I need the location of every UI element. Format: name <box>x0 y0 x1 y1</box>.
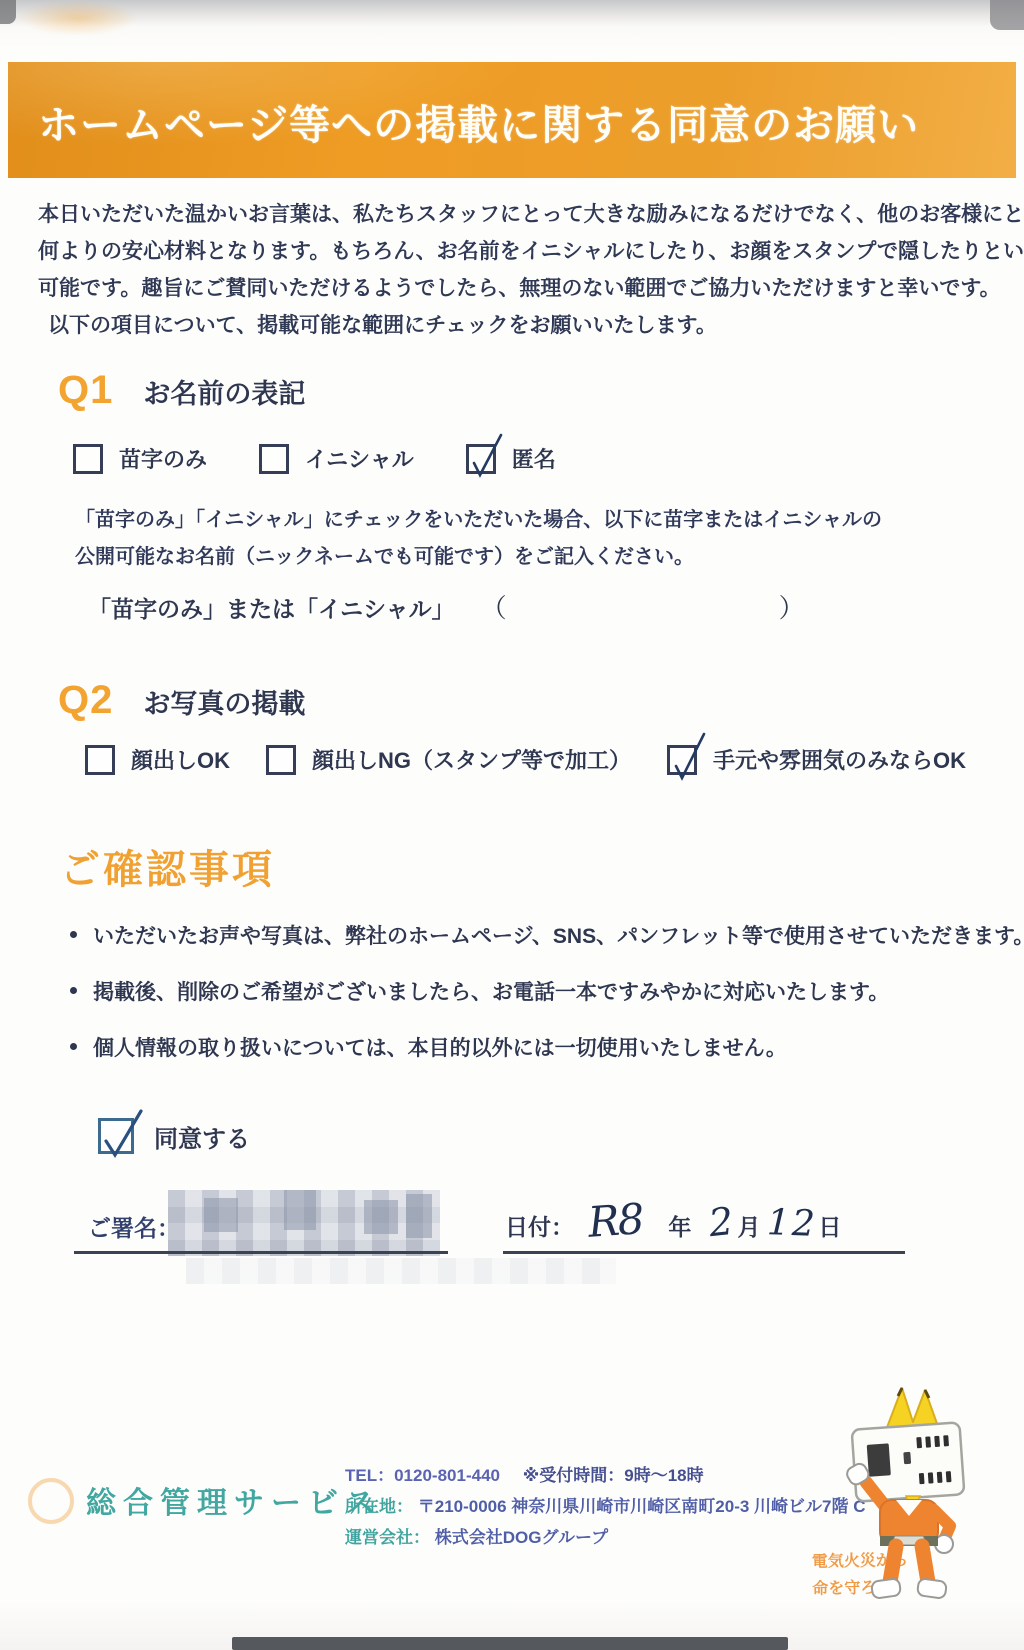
address-label: 所在地： <box>345 1497 413 1516</box>
signature-blur-tail <box>186 1258 616 1284</box>
photo-corner-right <box>990 0 1024 30</box>
operator-label: 運営会社： <box>345 1528 430 1547</box>
photo-smudge <box>18 0 138 36</box>
checkbox-face-ng[interactable] <box>266 745 296 775</box>
tel-number: TEL：0120-801-440 <box>345 1466 500 1485</box>
reception-hours: ※受付時間：9時～18時 <box>523 1466 704 1485</box>
date-underline[interactable] <box>503 1222 905 1254</box>
operator-value: 株式会社DOGグループ <box>435 1528 608 1547</box>
checkbox-anonymous[interactable] <box>466 444 496 474</box>
checkbox-face-ok[interactable] <box>85 745 115 775</box>
q1-heading: Q1 お名前の表記 <box>58 368 305 413</box>
intro-line: 何よりの安心材料となります。もちろん、お名前をイニシャルにしたり、お顔をスタンプ… <box>38 233 988 270</box>
checkbox-hands-only[interactable] <box>667 745 697 775</box>
consent-form-page: ホームページ等への掲載に関する同意のお願い 本日いただいた温かいお言葉は、私たち… <box>0 0 1024 1650</box>
company-name: 総合管理サービス <box>86 1478 382 1522</box>
confirmation-title: ご確認事項 <box>60 838 275 895</box>
checkbox-label: 顔出しNG（スタンプ等で加工） <box>312 744 631 775</box>
bullet-icon <box>70 931 77 938</box>
q1-title: お名前の表記 <box>143 372 305 411</box>
q2-title: お写真の掲載 <box>143 682 305 721</box>
header-band: ホームページ等への掲載に関する同意のお願い <box>8 62 1016 178</box>
mascot-robot-icon <box>828 1382 998 1622</box>
checkbox-label: 苗字のみ <box>119 443 207 474</box>
q2-options: 顔出しOK 顔出しNG（スタンプ等で加工） 手元や雰囲気のみならOK <box>85 744 966 775</box>
checkmark-icon <box>99 1105 151 1167</box>
checkmark-icon <box>467 431 511 485</box>
q1-option-initial: イニシャル <box>259 443 414 474</box>
q2-number: Q2 <box>58 678 113 723</box>
intro-paragraph: 本日いただいた温かいお言葉は、私たちスタッフにとって大きな励みになるだけでなく、… <box>38 196 988 344</box>
address-value: 〒210-0006 神奈川県川崎市川崎区南町20-3 川崎ビル7階 C <box>418 1497 866 1516</box>
address-row: 所在地： 〒210-0006 神奈川県川崎市川崎区南町20-3 川崎ビル7階 C <box>345 1491 866 1522</box>
q1-name-fill-line: 「苗字のみ」または「イニシャル」 （ ） <box>88 588 805 625</box>
signature-underline[interactable] <box>74 1222 448 1254</box>
footer-contact: TEL：0120-801-440 ※受付時間：9時～18時 所在地： 〒210-… <box>345 1460 866 1553</box>
photo-edge-top <box>0 0 1024 26</box>
agree-label: 同意する <box>154 1119 250 1154</box>
q1-number: Q1 <box>58 368 113 413</box>
q1-option-lastname: 苗字のみ <box>73 443 207 474</box>
confirmation-item: 掲載後、削除のご希望がございましたら、お電話一本ですみやかに対応いたします。 <box>70 976 1024 1006</box>
q1-note-line: 「苗字のみ」「イニシャル」にチェックをいただいた場合、以下に苗字またはイニシャル… <box>75 502 882 539</box>
q1-options: 苗字のみ イニシャル 匿名 <box>73 443 556 474</box>
tel-row: TEL：0120-801-440 ※受付時間：9時～18時 <box>345 1460 866 1491</box>
bullet-icon <box>70 1043 77 1050</box>
q1-note-line: 公開可能なお名前（ニックネームでも可能です）をご記入ください。 <box>75 539 882 576</box>
checkbox-initial[interactable] <box>259 444 289 474</box>
q2-option-hands-only: 手元や雰囲気のみならOK <box>667 744 966 775</box>
paren-close: ） <box>779 588 805 625</box>
intro-line: 可能です。趣旨にご賛同いただけるようでしたら、無理のない範囲でご協力いただけます… <box>38 270 988 307</box>
operator-row: 運営会社： 株式会社DOGグループ <box>345 1522 866 1553</box>
checkbox-label: イニシャル <box>305 443 414 474</box>
bullet-icon <box>70 987 77 994</box>
agree-row: 同意する <box>98 1118 250 1154</box>
q1-note: 「苗字のみ」「イニシャル」にチェックをいただいた場合、以下に苗字またはイニシャル… <box>75 502 882 576</box>
fill-label: 「苗字のみ」または「イニシャル」 <box>88 591 455 624</box>
q2-option-face-ng: 顔出しNG（スタンプ等で加工） <box>266 744 631 775</box>
checkbox-agree[interactable] <box>98 1118 134 1154</box>
checkbox-lastname-only[interactable] <box>73 444 103 474</box>
q2-heading: Q2 お写真の掲載 <box>58 678 305 723</box>
confirmation-item: いただいたお声や写真は、弊社のホームページ、SNS、パンフレット等で使用させてい… <box>70 920 1024 950</box>
checkmark-icon <box>668 732 712 788</box>
q2-option-face-ok: 顔出しOK <box>85 744 230 775</box>
photo-corner-left <box>0 0 16 24</box>
photo-edge-bottom <box>232 1637 788 1650</box>
checkbox-label: 手元や雰囲気のみならOK <box>713 744 966 775</box>
checkbox-label: 匿名 <box>512 443 556 474</box>
confirmation-item: 個人情報の取り扱いについては、本目的以外には一切使用いたしません。 <box>70 1032 1024 1062</box>
page-title: ホームページ等への掲載に関する同意のお願い <box>38 92 919 151</box>
intro-line: 本日いただいた温かいお言葉は、私たちスタッフにとって大きな励みになるだけでなく、… <box>38 196 988 233</box>
q1-option-anonymous: 匿名 <box>466 443 556 474</box>
company-logo-icon <box>28 1478 74 1524</box>
intro-line: 以下の項目について、掲載可能な範囲にチェックをお願いいたします。 <box>38 307 988 344</box>
checkbox-label: 顔出しOK <box>131 744 230 775</box>
confirmation-list: いただいたお声や写真は、弊社のホームページ、SNS、パンフレット等で使用させてい… <box>70 920 1024 1088</box>
paren-open: （ <box>481 588 507 625</box>
